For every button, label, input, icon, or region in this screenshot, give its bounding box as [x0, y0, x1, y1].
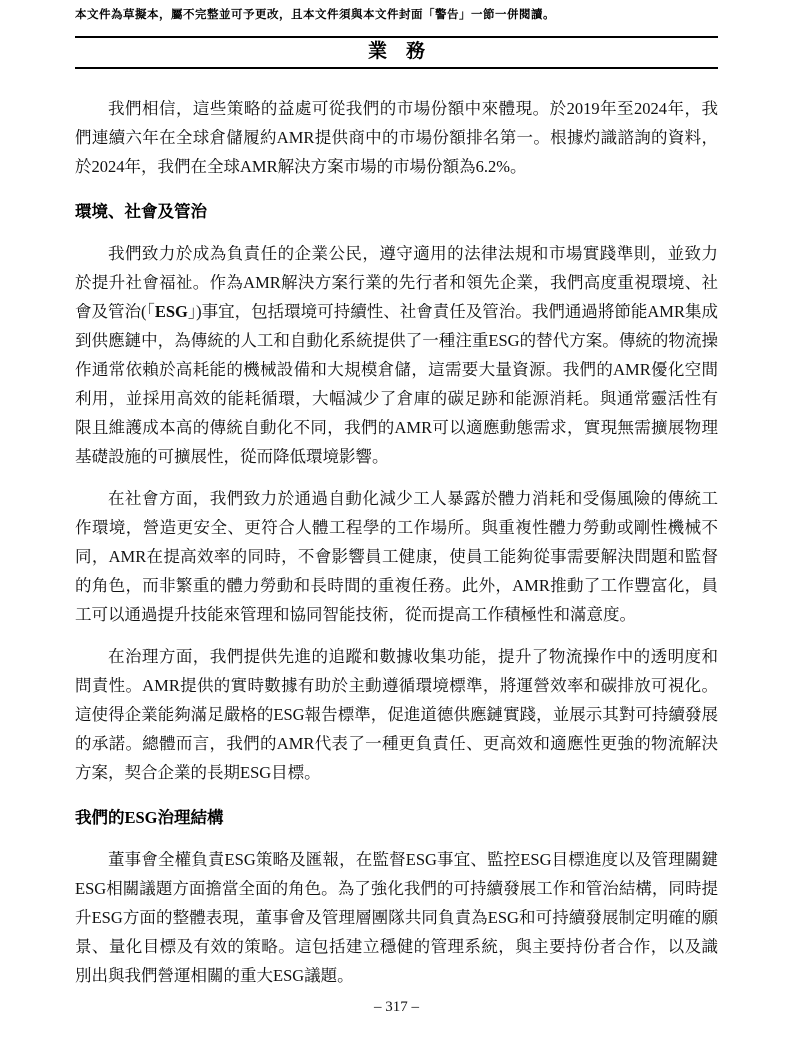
heading-esg: 環境、社會及管治: [75, 201, 718, 223]
section-title-block: 業 務: [75, 36, 718, 69]
document-page: 本文件為草擬本，屬不完整並可予更改，且本文件須與本文件封面「警告」一節一併閱讀。…: [0, 0, 793, 1058]
paragraph-governance-aspect: 在治理方面，我們提供先進的追蹤和數據收集功能，提升了物流操作中的透明度和問責性。…: [75, 642, 718, 787]
document-body: 我們相信，這些策略的益處可從我們的市場份額中來體現。於2019年至2024年，我…: [75, 94, 718, 990]
section-title: 業 務: [75, 38, 718, 67]
page-number: – 317 –: [0, 998, 793, 1016]
esg-defined-term: ESG: [155, 302, 188, 321]
paragraph-esg-text-after: 」)事宜，包括環境可持續性、社會責任及管治。我們通過將節能AMR集成到供應鏈中，…: [75, 302, 718, 466]
draft-warning-notice: 本文件為草擬本，屬不完整並可予更改，且本文件須與本文件封面「警告」一節一併閱讀。: [75, 8, 718, 23]
paragraph-esg-commitment: 我們致力於成為負責任的企業公民，遵守適用的法律法規和市場實踐準則，並致力於提升社…: [75, 239, 718, 471]
paragraph-board-esg-responsibility: 董事會全權負責ESG策略及匯報，在監督ESG事宜、監控ESG目標進度以及管理關鍵…: [75, 845, 718, 990]
paragraph-social-aspect: 在社會方面，我們致力於通過自動化減少工人暴露於體力消耗和受傷風險的傳統工作環境，…: [75, 484, 718, 629]
heading-esg-governance-structure: 我們的ESG治理結構: [75, 807, 718, 829]
paragraph-market-share: 我們相信，這些策略的益處可從我們的市場份額中來體現。於2019年至2024年，我…: [75, 94, 718, 181]
